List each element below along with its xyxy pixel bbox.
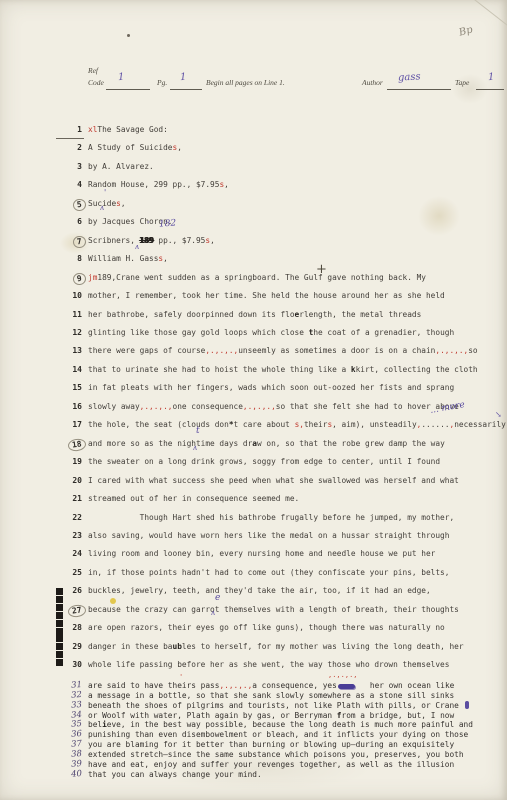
red-dots-line31: ,.,.,., <box>328 671 358 679</box>
margin-block <box>56 588 63 595</box>
line-number: 20 <box>56 476 82 485</box>
line-text: buckles, jewelry, teeth, and they'd take… <box>88 586 431 595</box>
line-text: beneath the shoes of pilgrims and touris… <box>88 701 459 710</box>
more-arrow: ↘ <box>495 410 502 419</box>
line-text: believe, in the best way possible, becau… <box>88 720 473 729</box>
line-text: in, if those points hadn't had to come o… <box>88 568 449 577</box>
line-text: because the crazy can garrot themselves … <box>88 605 459 614</box>
line-number: 2 <box>56 143 82 152</box>
line-text: have and eat, enjoy and suffer your reve… <box>88 760 454 769</box>
manuscript-line: 28are open razors, their eyes go off lik… <box>0 623 507 634</box>
line-text: the sweater on a long drink grows, soggy… <box>88 457 440 466</box>
line-text: extended stretch—since the same substanc… <box>88 750 464 759</box>
paper-speck <box>127 34 130 37</box>
margin-block <box>56 604 63 611</box>
manuscript-line: 13there were gaps of course,.,.,.,unseem… <box>0 346 507 357</box>
manuscript-line: 3by A. Alvarez. <box>0 162 507 173</box>
manuscript-line: 12glinting like those gay gold loops whi… <box>0 328 507 339</box>
manuscript-line: 20I cared with what success she peed whe… <box>0 476 507 487</box>
line-number: 15 <box>56 383 82 392</box>
line-text: jm189,Crane went sudden as a springboard… <box>88 273 426 282</box>
line-text: Random House, 299 pp., $7.95s, <box>88 180 229 189</box>
line-text: living room and looney bin, every nursin… <box>88 549 435 558</box>
manuscript-line: 40that you can always change your mind. <box>0 770 507 781</box>
line-number: 21 <box>56 494 82 503</box>
line-number: 25 <box>56 568 82 577</box>
line-text: xlThe Savage God: <box>88 125 168 134</box>
line-number: 19 <box>56 457 82 466</box>
e-insert-line27: e <box>215 593 220 603</box>
margin-block <box>56 651 63 658</box>
line-text: glinting like those gay gold loops which… <box>88 328 454 337</box>
line-text: you are blaming for it better than burni… <box>88 740 454 749</box>
manuscript-line: 6by Jacques Choron. <box>0 217 507 228</box>
line-text: and more so as the nightime days draw on… <box>88 439 445 448</box>
line-number: 40 <box>56 768 83 780</box>
corner-initials: Bp <box>458 24 474 38</box>
line-number: 22 <box>56 513 82 522</box>
pg-underline <box>170 89 202 90</box>
line-number: 7 <box>56 236 82 248</box>
manuscript-line: 15in fat pleats with her fingers, wads w… <box>0 383 507 394</box>
tape-value: 1 <box>488 72 495 83</box>
margin-block <box>56 628 63 635</box>
caret-line27: ʌ <box>211 609 215 617</box>
line-number: 17 <box>56 420 82 429</box>
line-text: Sucides, <box>88 199 126 208</box>
line-text: the hole, the seat (clouds don*t care ab… <box>88 420 506 429</box>
line-text: by A. Alvarez. <box>88 162 154 171</box>
manuscript-line: 5Sucides, <box>0 199 507 210</box>
line-number: 3 <box>56 162 82 171</box>
line-text: in fat pleats with her fingers, wads whi… <box>88 383 454 392</box>
caret-line7: ʌ <box>135 243 139 251</box>
tape-underline <box>476 89 504 90</box>
author-underline <box>387 89 451 90</box>
manuscript-line: 4Random House, 299 pp., $7.95s, <box>0 180 507 191</box>
manuscript-line: 21streamed out of her in consequence see… <box>0 494 507 505</box>
caret-line5: ʌ <box>100 204 104 212</box>
line-number: 24 <box>56 549 82 558</box>
line-number: 4 <box>56 180 82 189</box>
manuscript-line: 27because the crazy can garrot themselve… <box>0 605 507 616</box>
manuscript-line: 8William H. Gasss, <box>0 254 507 265</box>
line-text: mother, I remember, took her time. She h… <box>88 291 445 300</box>
manuscript-line: 7Scribners, 189 pp., $7.95s, <box>0 236 507 247</box>
line-text: that to urinate she had to hoist the who… <box>88 365 478 374</box>
line-text: there were gaps of course,.,.,.,unseemly… <box>88 346 478 355</box>
t-insert-line18: t <box>196 426 200 436</box>
page-count-correction: 182 <box>159 218 177 229</box>
line-text: A Study of Suicides, <box>88 143 182 152</box>
line-text: whole life passing before her as she wen… <box>88 660 449 669</box>
line1-number-underline <box>56 138 84 139</box>
cross-mark-gulf: + <box>316 262 327 277</box>
ref-label: Ref <box>88 66 98 75</box>
line-text: are said to have theirs pass,.,.,.,a con… <box>88 681 454 690</box>
line-text: I cared with what success she peed when … <box>88 476 459 485</box>
manuscript-line: 26buckles, jewelry, teeth, and they'd ta… <box>0 586 507 597</box>
ink-blot-crane <box>465 701 469 709</box>
caret-line18: ʌ <box>193 444 197 452</box>
manuscript-line: 29danger in these baubles to herself, fo… <box>0 642 507 653</box>
line-number: 1 <box>56 125 82 134</box>
manuscript-line: 10mother, I remember, took her time. She… <box>0 291 507 302</box>
line-text: William H. Gasss, <box>88 254 168 263</box>
manuscript-line: 22 Though Hart shed his bathrobe frugall… <box>0 513 507 524</box>
line-text: are open razors, their eyes go off like … <box>88 623 445 632</box>
line-text: slowly away,.,.,.,one consequence,.,.,.,… <box>88 402 459 411</box>
line-number: 8 <box>56 254 82 263</box>
line-text: or Woolf with water, Plath again by gas,… <box>88 711 454 720</box>
manuscript-line: 9jm189,Crane went sudden as a springboar… <box>0 273 507 284</box>
begin-note: Begin all pages on Line 1. <box>206 78 285 87</box>
insert-tick-line5: ' <box>104 188 106 197</box>
line-number: 16 <box>56 402 82 411</box>
author-value: gass <box>398 71 421 83</box>
code-underline <box>106 89 150 90</box>
margin-block <box>56 596 63 603</box>
line-text: Though Hart shed his bathrobe frugally b… <box>88 513 454 522</box>
page-corner-fold-line <box>473 0 507 27</box>
margin-block <box>56 635 63 642</box>
margin-block <box>56 659 63 666</box>
line-number: 11 <box>56 310 82 319</box>
code-value: 1 <box>118 72 125 83</box>
line-text: her bathrobe, safely doorpinned down its… <box>88 310 421 319</box>
manuscript-line: 19the sweater on a long drink grows, sog… <box>0 457 507 468</box>
ink-blot <box>338 684 355 689</box>
line-number: 13 <box>56 346 82 355</box>
line-number: 23 <box>56 531 82 540</box>
line-text: streamed out of her in consequence seeme… <box>88 494 299 503</box>
margin-block <box>56 612 63 619</box>
manuscript-line: 25in, if those points hadn't had to come… <box>0 568 507 579</box>
line-number: 14 <box>56 365 82 374</box>
manuscript-line: 24living room and looney bin, every nurs… <box>0 549 507 560</box>
code-label: Code <box>88 78 104 87</box>
line-number: 10 <box>56 291 82 300</box>
manuscript-line: 18and more so as the nightime days draw … <box>0 439 507 450</box>
line-text: danger in these baubles to herself, for … <box>88 642 464 651</box>
yellow-dot-line27 <box>110 598 116 604</box>
manuscript-line: 23also saving, would have worn hers like… <box>0 531 507 542</box>
line-number: 12 <box>56 328 82 337</box>
manuscript-line: 1xlThe Savage God: <box>0 125 507 136</box>
manuscript-line: 11her bathrobe, safely doorpinned down i… <box>0 310 507 321</box>
margin-block <box>56 643 63 650</box>
author-label: Author <box>362 78 383 87</box>
margin-block <box>56 620 63 627</box>
manuscript-line: 17the hole, the seat (clouds don*t care … <box>0 420 507 431</box>
line-number: 5 <box>56 199 82 211</box>
pg-label: Pg. <box>157 78 167 87</box>
manuscript-line: 2A Study of Suicides, <box>0 143 507 154</box>
line-text: that you can always change your mind. <box>88 770 262 779</box>
manuscript-line: 14that to urinate she had to hoist the w… <box>0 365 507 376</box>
line-number: 18 <box>56 439 82 451</box>
pg-value: 1 <box>180 72 187 83</box>
line-number: 9 <box>56 273 82 285</box>
line-text: a message in a bottle, so that she sank … <box>88 691 454 700</box>
tape-label: Tape <box>455 78 469 87</box>
manuscript-page: Ref Code 1 Pg. 1 Begin all pages on Line… <box>0 0 507 800</box>
line-number: 6 <box>56 217 82 226</box>
manuscript-line: 30whole life passing before her as she w… <box>0 660 507 671</box>
line-text: also saving, would have worn hers like t… <box>88 531 449 540</box>
red-tick-theirs: ' <box>179 673 183 681</box>
line-text: Scribners, 189 pp., $7.95s, <box>88 236 215 245</box>
tick-line7: ' <box>147 220 149 229</box>
line-text: punishing than even disembowelment or bl… <box>88 730 468 739</box>
